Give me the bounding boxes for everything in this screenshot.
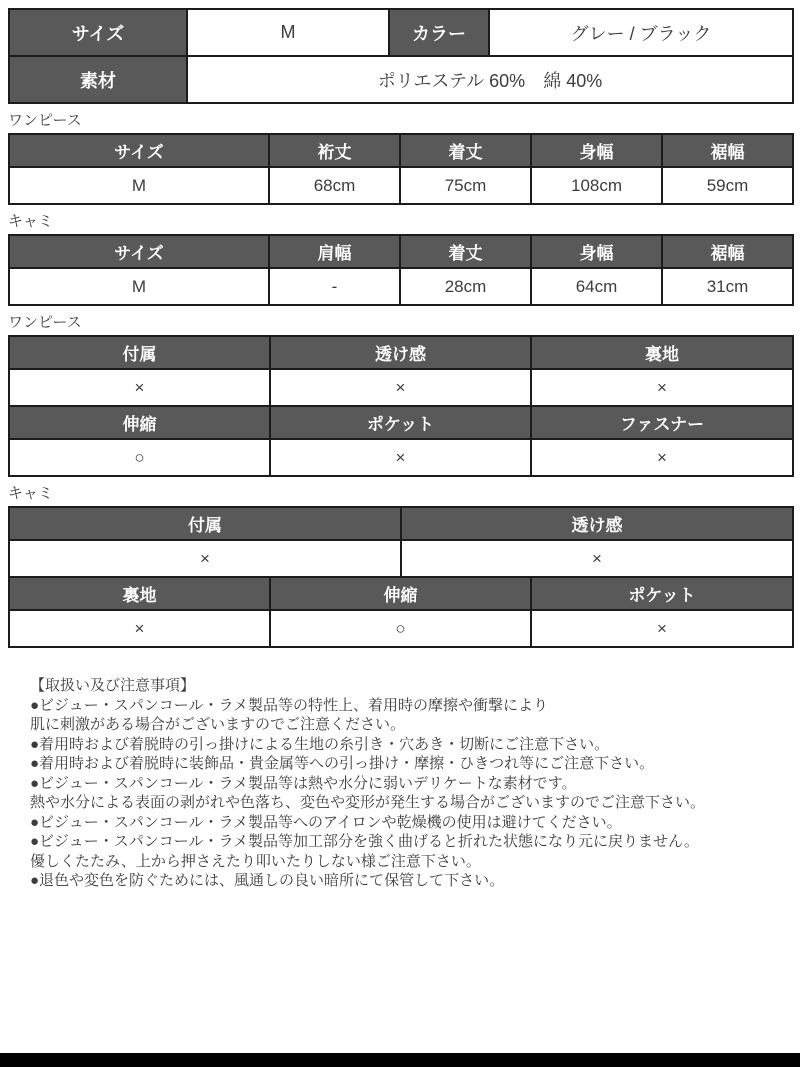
cell-value: 75cm [400, 167, 531, 204]
cell-value: 31cm [662, 268, 793, 305]
cell-value: × [531, 610, 793, 647]
care-note-line: ●着用時および着脱時に装飾品・貴金属等への引っ掛け・摩擦・ひきつれ等にご注意下さ… [30, 754, 784, 774]
cell-value: ○ [9, 439, 270, 476]
section-label-cami-features: キャミ [8, 484, 792, 503]
cami-feature-table-top: 付属 透け感 × × [8, 506, 794, 578]
col-header: ポケット [270, 406, 531, 439]
care-note-line: 肌に刺激がある場合がございますのでご注意ください。 [30, 715, 784, 735]
color-label: カラー [389, 9, 489, 56]
cell-value: × [9, 540, 401, 577]
section-label-cami-measurements: キャミ [8, 212, 792, 231]
care-note-line: 優しくたたみ、上から押さえたり叩いたりしない様ご注意下さい。 [30, 852, 784, 872]
cell-value: × [531, 439, 793, 476]
col-header: 付属 [9, 336, 270, 369]
product-spec-sheet: サイズ M カラー グレー / ブラック 素材 ポリエステル 60% 綿 40%… [0, 0, 800, 1067]
cell-value: × [270, 369, 531, 406]
col-header: 着丈 [400, 134, 531, 167]
cell-value: × [9, 610, 270, 647]
section-label-onepiece-features: ワンピース [8, 313, 792, 332]
col-header: 裾幅 [662, 235, 793, 268]
size-label: サイズ [9, 9, 187, 56]
col-header: 肩幅 [269, 235, 400, 268]
col-header: ポケット [531, 577, 793, 610]
material-value: ポリエステル 60% 綿 40% [187, 56, 793, 103]
cell-value: - [269, 268, 400, 305]
care-notes: 【取扱い及び注意事項】 ●ビジュー・スパンコール・ラメ製品等の特性上、着用時の摩… [30, 676, 784, 891]
cell-value: × [9, 369, 270, 406]
cell-value: 59cm [662, 167, 793, 204]
cell-value: M [9, 268, 269, 305]
section-label-onepiece-measurements: ワンピース [8, 111, 792, 130]
col-header: ファスナー [531, 406, 793, 439]
col-header: 伸縮 [270, 577, 531, 610]
cami-feature-table-bottom: 裏地 伸縮 ポケット × ○ × [8, 576, 794, 648]
col-header: 着丈 [400, 235, 531, 268]
col-header: 伸縮 [9, 406, 270, 439]
material-label: 素材 [9, 56, 187, 103]
footer-divider-bar [0, 1053, 800, 1067]
care-notes-title: 【取扱い及び注意事項】 [30, 676, 784, 696]
care-note-line: 熱や水分による表面の剥がれや色落ち、変色や変形が発生する場合がございますのでご注… [30, 793, 784, 813]
cami-measurement-table: サイズ 肩幅 着丈 身幅 裾幅 M - 28cm 64cm 31cm [8, 234, 794, 306]
cell-value: 108cm [531, 167, 662, 204]
care-note-line: ●退色や変色を防ぐためには、風通しの良い暗所にて保管して下さい。 [30, 871, 784, 891]
col-header: 身幅 [531, 235, 662, 268]
col-header: 透け感 [401, 507, 793, 540]
cell-value: × [401, 540, 793, 577]
col-header: 裏地 [531, 336, 793, 369]
color-value: グレー / ブラック [489, 9, 793, 56]
onepiece-feature-table: 付属 透け感 裏地 × × × 伸縮 ポケット ファスナー ○ × × [8, 335, 794, 477]
cell-value: 68cm [269, 167, 400, 204]
cell-value: ○ [270, 610, 531, 647]
cell-value: 28cm [400, 268, 531, 305]
onepiece-measurement-table: サイズ 裄丈 着丈 身幅 裾幅 M 68cm 75cm 108cm 59cm [8, 133, 794, 205]
col-header: サイズ [9, 134, 269, 167]
care-note-line: ●着用時および着脱時の引っ掛けによる生地の糸引き・穴あき・切断にご注意下さい。 [30, 735, 784, 755]
care-note-line: ●ビジュー・スパンコール・ラメ製品等の特性上、着用時の摩擦や衝撃により [30, 696, 784, 716]
col-header: 透け感 [270, 336, 531, 369]
cell-value: 64cm [531, 268, 662, 305]
cell-value: × [270, 439, 531, 476]
care-note-line: ●ビジュー・スパンコール・ラメ製品等へのアイロンや乾燥機の使用は避けてください。 [30, 813, 784, 833]
col-header: 裾幅 [662, 134, 793, 167]
care-note-line: ●ビジュー・スパンコール・ラメ製品等は熱や水分に弱いデリケートな素材です。 [30, 774, 784, 794]
cell-value: M [9, 167, 269, 204]
col-header: 裄丈 [269, 134, 400, 167]
col-header: サイズ [9, 235, 269, 268]
col-header: 身幅 [531, 134, 662, 167]
cell-value: × [531, 369, 793, 406]
col-header: 裏地 [9, 577, 270, 610]
size-color-material-table: サイズ M カラー グレー / ブラック 素材 ポリエステル 60% 綿 40% [8, 8, 794, 104]
col-header: 付属 [9, 507, 401, 540]
size-value: M [187, 9, 389, 56]
care-note-line: ●ビジュー・スパンコール・ラメ製品等加工部分を強く曲げると折れた状態になり元に戻… [30, 832, 784, 852]
